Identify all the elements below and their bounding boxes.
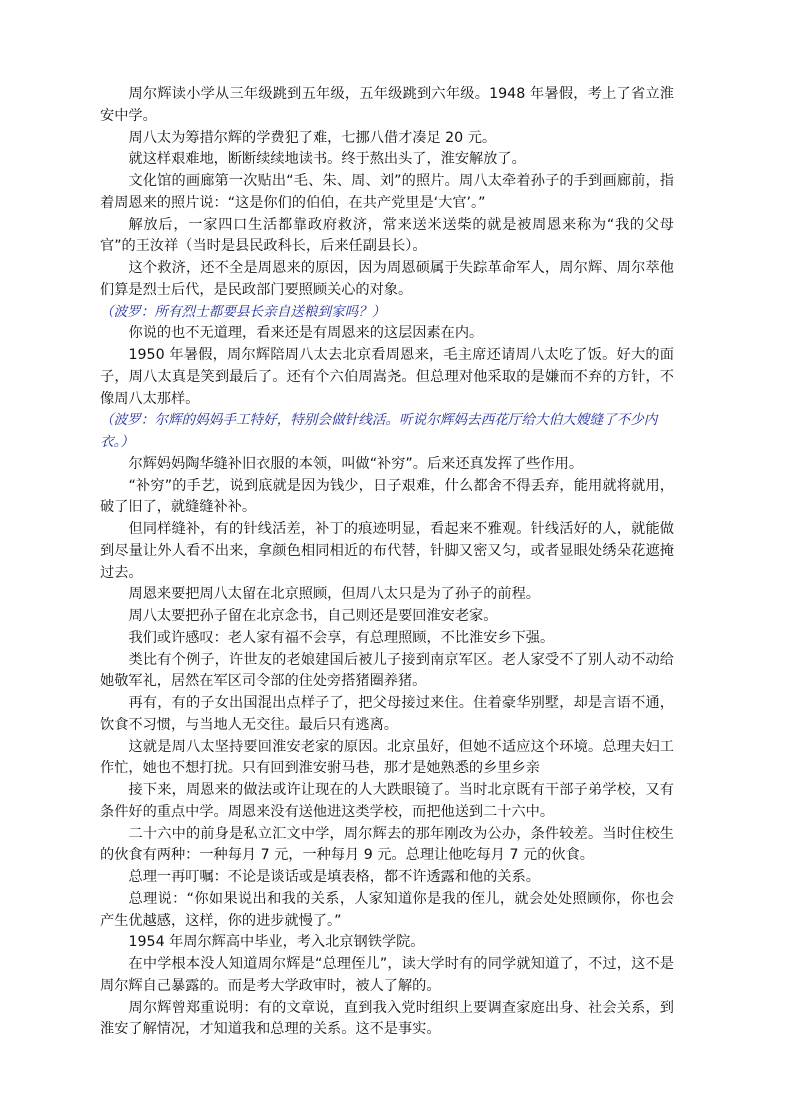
paragraph: 总理一再叮嘱：不论是谈话或是填表格，都不许透露和他的关系。 xyxy=(100,867,674,889)
paragraph: 文化馆的画廊第一次贴出“毛、朱、周、刘”的照片。周八太牵着孙子的手到画廊前，指着… xyxy=(100,171,674,215)
paragraph: “补穷”的手艺，说到底就是因为钱少，日子艰难，什么都舍不得丢弃，能用就将就用，破… xyxy=(100,476,674,520)
paragraph: 周恩来要把周八太留在北京照顾，但周八太只是为了孙子的前程。 xyxy=(100,584,674,606)
paragraph: 就这样艰难地，断断续续地读书。终于熬出头了，淮安解放了。 xyxy=(100,149,674,171)
paragraph: 解放后，一家四口生活都靠政府救济，常来送米送柴的就是被周恩来称为“我的父母官”的… xyxy=(100,215,674,259)
paragraph: 周尔辉读小学从三年级跳到五年级，五年级跳到六年级。1948 年暑假，考上了省立淮… xyxy=(100,84,674,128)
paragraph: 类比有个例子，许世友的老娘建国后被儿子接到南京军区。老人家受不了别人动不动给她敬… xyxy=(100,650,674,694)
paragraph: 接下来，周恩来的做法或许让现在的人大跌眼镜了。当时北京既有干部子弟学校，又有条件… xyxy=(100,780,674,824)
annotation-note: （波罗：尔辉的妈妈手工特好，特别会做针线活。听说尔辉妈去西花厅给大伯大嫂缝了不少… xyxy=(100,410,674,454)
annotation-note: （波罗：所有烈士都要县长亲自送粮到家吗？） xyxy=(100,302,674,324)
paragraph: 周尔辉曾郑重说明：有的文章说，直到我入党时组织上要调查家庭出身、社会关系，到淮安… xyxy=(100,998,674,1042)
paragraph: 尔辉妈妈陶华缝补旧衣服的本领，叫做“补穷”。后来还真发挥了些作用。 xyxy=(100,454,674,476)
paragraph: 你说的也不无道理，看来还是有周恩来的这层因素在内。 xyxy=(100,323,674,345)
paragraph: 1954 年周尔辉高中毕业，考入北京钢铁学院。 xyxy=(100,932,674,954)
paragraph: 但同样缝补，有的针线活差，补丁的痕迹明显，看起来不雅观。针线活好的人，就能做到尽… xyxy=(100,519,674,584)
document-body: 周尔辉读小学从三年级跳到五年级，五年级跳到六年级。1948 年暑假，考上了省立淮… xyxy=(100,84,674,1041)
paragraph: 总理说：“你如果说出和我的关系，人家知道你是我的侄儿，就会处处照顾你，你也会产生… xyxy=(100,889,674,933)
paragraph: 再有，有的子女出国混出点样子了，把父母接过来住。住着豪华别墅，却是言语不通，饮食… xyxy=(100,693,674,737)
paragraph: 我们或许感叹：老人家有福不会享，有总理照顾，不比淮安乡下强。 xyxy=(100,628,674,650)
paragraph: 这个救济，还不全是周恩来的原因，因为周恩硕属于失踪革命军人，周尔辉、周尔萃他们算… xyxy=(100,258,674,302)
paragraph: 1950 年暑假，周尔辉陪周八太去北京看周恩来，毛主席还请周八太吃了饭。好大的面… xyxy=(100,345,674,410)
paragraph: 在中学根本没人知道周尔辉是“总理侄儿”，读大学时有的同学就知道了，不过，这不是周… xyxy=(100,954,674,998)
paragraph: 二十六中的前身是私立汇文中学，周尔辉去的那年刚改为公办，条件较差。当时住校生的伙… xyxy=(100,824,674,868)
paragraph: 这就是周八太坚持要回淮安老家的原因。北京虽好，但她不适应这个环境。总理夫妇工作忙… xyxy=(100,737,674,781)
paragraph: 周八太要把孙子留在北京念书，自己则还是要回淮安老家。 xyxy=(100,606,674,628)
paragraph: 周八太为筹措尔辉的学费犯了难，七挪八借才凑足 20 元。 xyxy=(100,128,674,150)
